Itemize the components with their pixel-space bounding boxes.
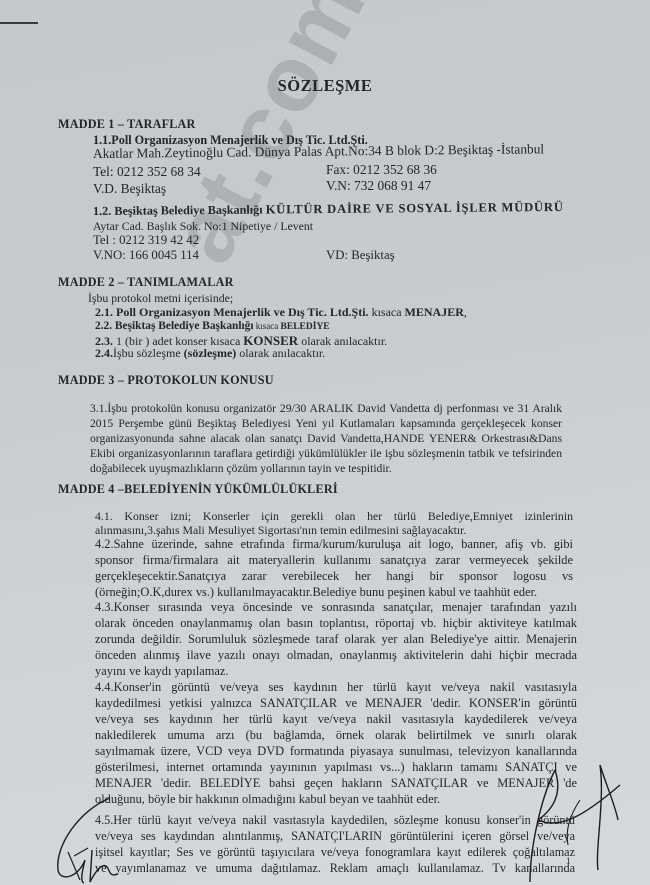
party2-name: 1.2. Beşiktaş Belediye Başkanlığı KÜLTÜR… bbox=[93, 200, 564, 219]
party2-department: KÜLTÜR DAİRE VE SOSYAL İŞLER MÜDÜRÜ bbox=[266, 200, 564, 217]
party2-vd: VD: Beşiktaş bbox=[326, 248, 395, 263]
madde3-line: 3.1.İşbu protokolün konusu organizatör 2… bbox=[90, 402, 562, 415]
madde3-line: Ekibi organizasyonlarının taraflara geti… bbox=[90, 447, 562, 460]
madde2-heading: MADDE 2 – TANIMLAMALAR bbox=[58, 275, 234, 290]
definition-term: 2.2. Beşiktaş Belediye Başkanlığı bbox=[95, 320, 254, 332]
party2-address: Aytar Cad. Başlık Sok. No:1 Nipetiye / L… bbox=[93, 219, 313, 234]
definition-connector: kısaca bbox=[254, 321, 281, 331]
page-edge-rule bbox=[0, 22, 38, 24]
madde4-line: alınmasını,3.şahıs Mali Mesuliyet Sigort… bbox=[95, 523, 466, 538]
madde4-line: gösterilmesi, internet ortamında yayının… bbox=[95, 760, 577, 775]
madde4-line: olduğunu, böyle bir hakkının olmadığını … bbox=[95, 792, 440, 807]
page-number: 1 bbox=[566, 856, 571, 866]
party1-vn: V.N: 732 068 91 47 bbox=[326, 178, 431, 194]
definition-suffix: , bbox=[464, 305, 467, 319]
madde4-line: ve yayımlanamaz ve umuma dağıtılamaz. Re… bbox=[95, 861, 575, 876]
madde4-line: gerçekleşecektir.Sanatçıya zarar verebil… bbox=[95, 569, 573, 584]
definition-term: 2.1. Poll Organizasyon Menajerlik ve Dış… bbox=[95, 305, 369, 319]
madde4-line: sayılmamak üzere, VCD veya DVD formatınd… bbox=[95, 744, 577, 759]
madde4-line: MENAJER 'dedir. BELEDİYE bahsi geçen hak… bbox=[95, 776, 577, 791]
party1-fax: Fax: 0212 352 68 36 bbox=[326, 162, 437, 178]
madde4-line: 4.2.Sahne üzerinde, sahne etrafında firm… bbox=[95, 537, 573, 552]
madde4-line: ve/veya ses kaydından alıntılanmış, SANA… bbox=[95, 829, 575, 844]
madde4-line: sponsor firma/firmalara ait materyalleri… bbox=[95, 553, 573, 568]
madde3-line: 2015 Perşembe günü Beşiktaş Belediyesi Y… bbox=[90, 417, 562, 430]
party2-tel: Tel : 0212 319 42 42 bbox=[93, 233, 199, 248]
madde3-heading: MADDE 3 – PROTOKOLUN KONUSU bbox=[58, 373, 274, 388]
madde4-line: olarak önceden onaylanmamış olan basın t… bbox=[95, 616, 577, 631]
definition-suffix: olarak anılacaktır. bbox=[236, 346, 325, 360]
madde1-heading: MADDE 1 – TARAFLAR bbox=[58, 117, 196, 132]
definition-item: 2.4.İşbu sözleşme (sözleşme) olarak anıl… bbox=[95, 346, 325, 361]
party1-address: Akatlar Mah.Zeytinoğlu Cad. Dünya Palas … bbox=[93, 141, 544, 162]
party1-vd: V.D. Beşiktaş bbox=[93, 181, 166, 197]
madde4-line: (örneğin;O.K,durex vs.) kullanılmayacakt… bbox=[95, 585, 537, 600]
madde4-heading: MADDE 4 –BELEDİYENİN YÜKÜMLÜLÜKLERİ bbox=[58, 482, 338, 497]
madde4-line: 4.4.Konser'in görüntü ve/veya ses kaydın… bbox=[95, 680, 577, 695]
definition-connector: kısaca bbox=[369, 305, 405, 319]
definition-alias: BELEDİYE bbox=[281, 322, 330, 332]
definition-alias: MENAJER bbox=[405, 305, 464, 319]
madde4-line: önceden alınmış ilave yazılı onayı olmad… bbox=[95, 648, 577, 663]
madde3-line: doğabilecek uyuşmazlıkların çözüm yollar… bbox=[90, 462, 392, 475]
definition-alias: (sözleşme) bbox=[184, 346, 237, 360]
madde3-line: organizasyonunda sahne alacak olan sanat… bbox=[90, 432, 562, 445]
madde4-line: nakledilerek umuma arzı (bu bağlamda, ör… bbox=[95, 728, 577, 743]
party2-vno: V.NO: 166 0045 114 bbox=[93, 248, 199, 263]
madde4-line: işitsel kayıtlar; Ses ve görüntü taşıyıc… bbox=[95, 845, 575, 860]
madde4-line: yayını ve kaydı yapılamaz. bbox=[95, 664, 229, 679]
party1-tel: Tel: 0212 352 68 34 bbox=[93, 164, 201, 180]
madde4-line: 4.1. Konser izni; Konserler için gerekli… bbox=[95, 509, 573, 524]
madde4-line: kaydedilmesi yetkisi yalnızca SANATÇILAR… bbox=[95, 696, 577, 711]
madde4-line: 4.5.Her türlü kayıt ve/veya nakil vasıta… bbox=[95, 813, 575, 828]
contract-page: at.com SÖZLEŞME MADDE 1 – TARAFLAR 1.1.P… bbox=[0, 0, 650, 885]
document-title: SÖZLEŞME bbox=[0, 76, 650, 96]
definition-connector: İşbu sözleşme bbox=[113, 346, 184, 360]
madde4-line: 4.3.Konser sırasında veya öncesinde ve s… bbox=[95, 600, 577, 615]
madde4-line: ve/veya ses kaydının her türlü kayıt ve/… bbox=[95, 712, 577, 727]
definition-item: 2.2. Beşiktaş Belediye Başkanlığı kısaca… bbox=[95, 320, 330, 332]
definition-term: 2.4. bbox=[95, 346, 113, 360]
party2-name-bold: 1.2. Beşiktaş Belediye Başkanlığı bbox=[93, 202, 266, 218]
definition-item: 2.1. Poll Organizasyon Menajerlik ve Dış… bbox=[95, 305, 467, 320]
madde2-intro: İşbu protokol metni içerisinde; bbox=[88, 291, 233, 306]
madde4-line: zorunda değildir. Sorumluluk sözleşmede … bbox=[95, 632, 577, 647]
